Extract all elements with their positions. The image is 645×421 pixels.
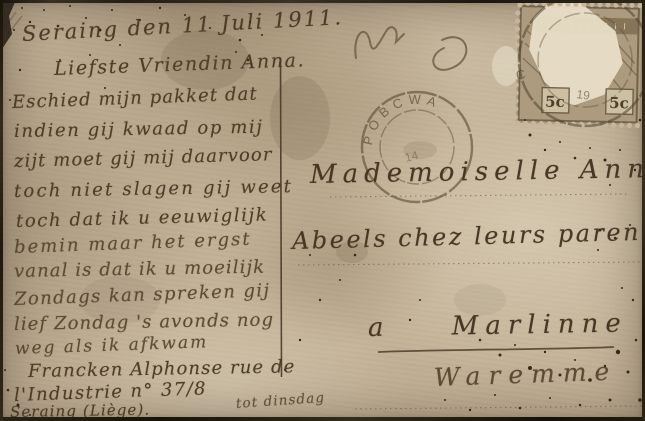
- postcard-scan: 5c 5c C 19 POBCWA: [0, 0, 645, 421]
- ink-specks: [4, 5, 642, 416]
- age-specks-layer: [0, 0, 645, 421]
- scan-edge-bottom: [0, 417, 645, 421]
- scan-edge-top: [0, 0, 645, 3]
- scan-edge-left: [0, 0, 3, 421]
- stain-blobs: [80, 30, 506, 324]
